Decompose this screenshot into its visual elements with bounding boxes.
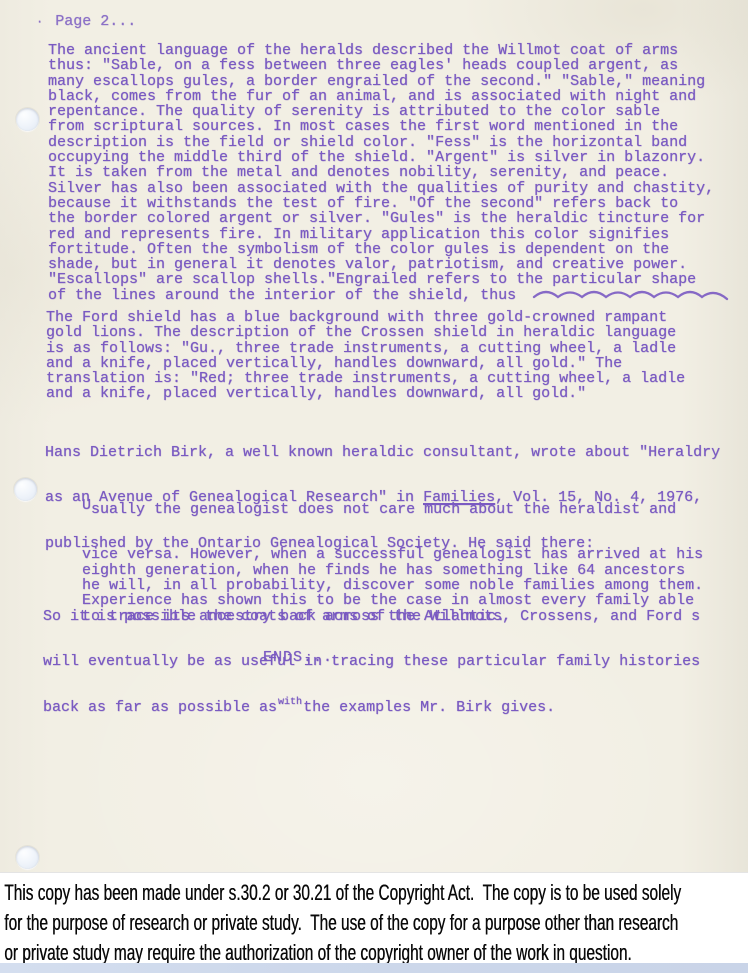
copyright-line-1: This copy has been made under s.30.2 or …	[4, 878, 748, 908]
paragraph-conclusion: So it is possible the coats of arms of t…	[43, 578, 700, 748]
page-heading: ·Page 2...	[36, 14, 136, 30]
paragraph-ford-shield: The Ford shield has a blue background wi…	[46, 310, 685, 402]
raised-initial: U	[82, 498, 91, 513]
ends-label: ENDS...	[263, 649, 333, 666]
punch-hole-middle	[14, 478, 37, 501]
conclusion-line3-pre: back as far as possible as	[43, 699, 277, 716]
quote-line-1: Usually the genealogist does not care mu…	[82, 502, 703, 517]
paragraph-heraldic-description: The ancient language of the heralds desc…	[48, 43, 714, 303]
page-number-label: Page 2...	[55, 13, 136, 30]
conclusion-line3-post: the examples Mr. Birk gives.	[303, 699, 555, 716]
punch-hole-top	[16, 108, 39, 131]
birk-line1-text: Hans Dietrich Birk, a well known heraldi…	[45, 444, 720, 461]
copyright-notice-text: This copy has been made under s.30.2 or …	[0, 873, 748, 964]
wavy-line-annotation	[531, 286, 733, 303]
scanner-edge-strip	[0, 963, 748, 973]
heading-dot: ·	[36, 15, 43, 29]
quote-line1-text: sually the genealogist does not care muc…	[91, 501, 676, 518]
conclusion-line-1: So it is possible the coats of arms of t…	[43, 609, 700, 624]
conclusion-line-3: back as far as possible aswiththe exampl…	[43, 700, 700, 717]
scanned-typewritten-page: ·Page 2... The ancient language of the h…	[0, 0, 748, 973]
copyright-line-3: or private study may require the authori…	[4, 938, 748, 964]
conclusion-line-2: will eventually be as useful in tracing …	[43, 654, 700, 669]
punch-hole-bottom	[16, 846, 39, 869]
copyright-notice-band: This copy has been made under s.30.2 or …	[0, 872, 748, 964]
inserted-word-above-line: with	[278, 695, 302, 710]
birk-line-1: Hans Dietrich Birk, a well known heraldi…	[45, 445, 720, 460]
copyright-line-2: for the purpose of research or private s…	[4, 908, 748, 938]
